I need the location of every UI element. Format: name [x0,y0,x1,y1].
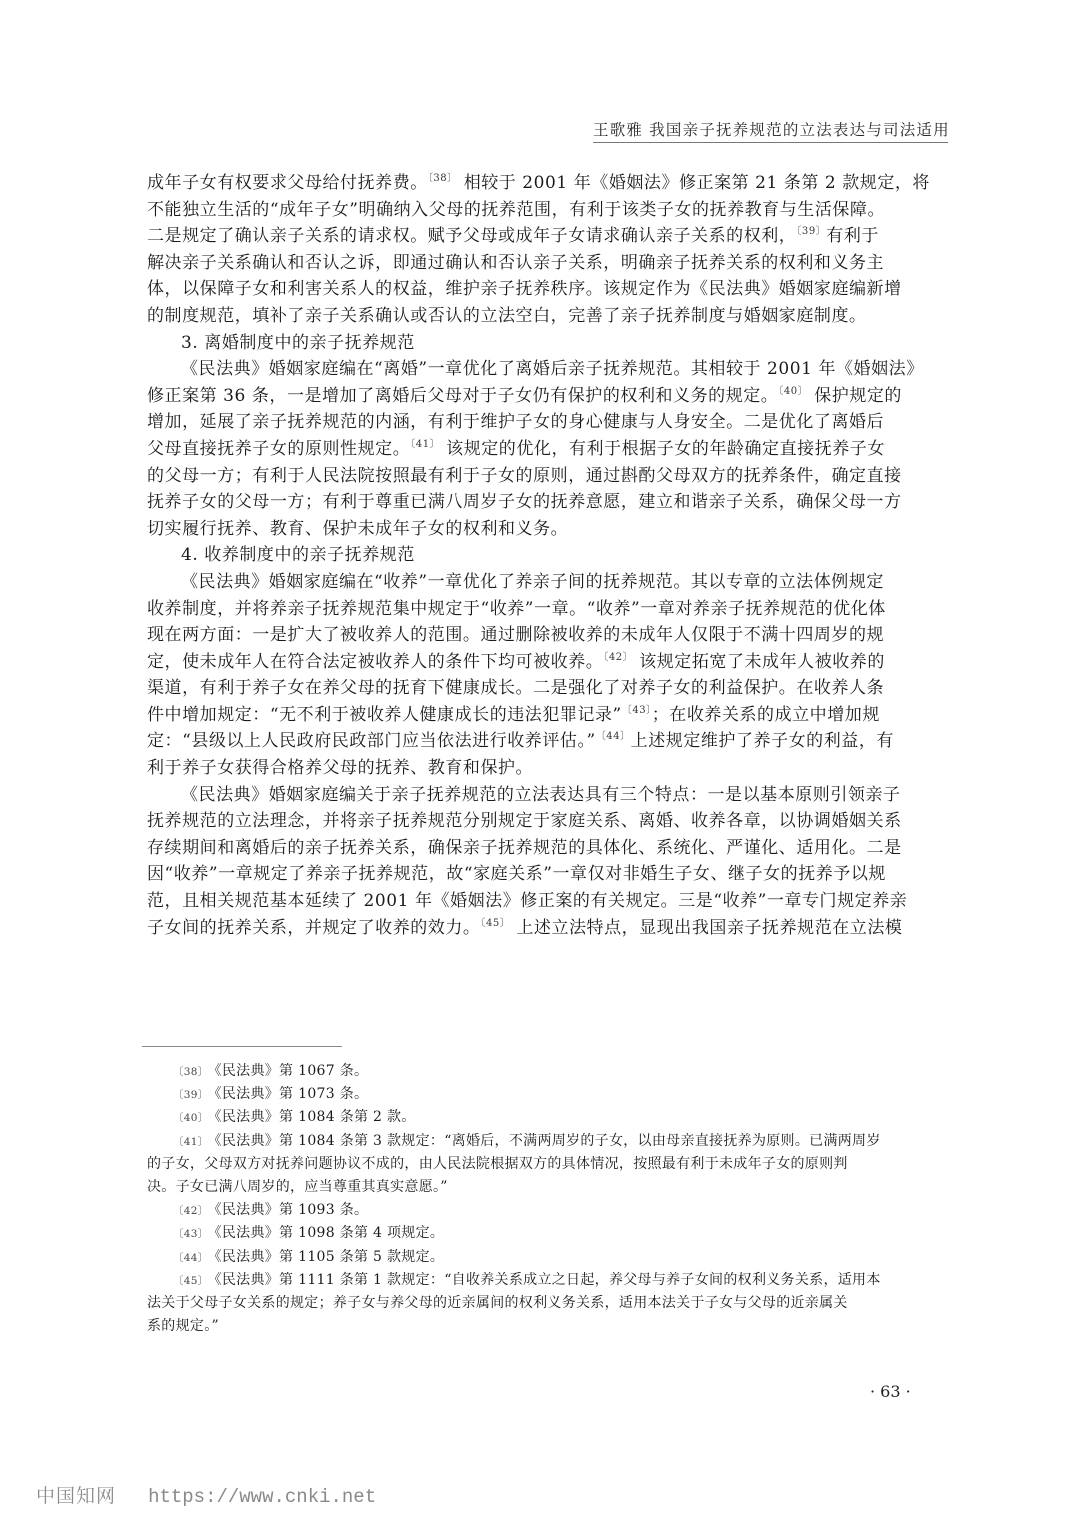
footnote-text: 决。子女已满八周岁的，应当尊重其真实意愿。” [147,1179,448,1195]
footnote-ref[interactable]: 〔43〕 [622,705,652,716]
paragraph-line: 利于养子女获得合格养父母的抚养、教育和保护。 [147,755,939,782]
text-run: 不能独立生活的“成年子女”明确纳入父母的抚养范围，有利于该类子女的抚养教育与生活… [147,200,885,220]
text-run: 抚养子女的父母一方；有利于尊重已满八周岁子女的抚养意愿，建立和谐亲子关系，确保父… [147,492,902,512]
paragraph-line: 二是规定了确认亲子关系的请求权。赋予父母或成年子女请求确认亲子关系的权利，〔39… [147,223,939,250]
text-run: 二是规定了确认亲子关系的请求权。赋予父母或成年子女请求确认亲子关系的权利， [147,226,796,246]
text-run: 因“收养”一章规定了养亲子抚养规范，故“家庭关系”一章仅对非婚生子女、继子女的抚… [147,864,886,884]
text-run: 增加，延展了亲子抚养规范的内涵，有利于维护子女的身心健康与人身安全。二是优化了离… [147,412,884,432]
body-text: 成年子女有权要求父母给付抚养费。〔38〕 相较于 2001 年《婚姻法》修正案第… [147,170,939,941]
footnote-text: 的子女，父母双方对抚养问题协议不成的，由人民法院根据双方的具体情况，按照最有利于… [147,1156,848,1172]
text-run: 定：“县级以上人民政府民政部门应当依法进行收养评估。” [147,731,596,751]
footnote-line: 〔41〕《民法典》第 1084 条第 3 款规定：“离婚后，不满两周岁的子女，以… [147,1130,947,1153]
footnote-number: 〔40〕 [173,1112,209,1124]
watermark-site-name: 中国知网 [36,1485,116,1507]
paragraph-line: 的父母一方；有利于人民法院按照最有利于子女的原则，通过斟酌父母双方的抚养条件，确… [147,463,939,490]
header-rule [593,142,948,143]
footnote-text: 《民法典》第 1073 条。 [215,1086,369,1102]
footnote-ref[interactable]: 〔42〕 [603,652,633,663]
text-run: 体，以保障子女和利害关系人的权益，维护亲子抚养秩序。该规定作为《民法典》婚姻家庭… [147,279,902,299]
footnote-line: 〔44〕《民法典》第 1105 条第 5 款规定。 [147,1246,947,1269]
paragraph-line: 抚养规范的立法理念，并将亲子抚养规范分别规定于家庭关系、离婚、收养各章，以协调婚… [147,808,939,835]
footnote-line: 法关于父母子女关系的规定；养子女与养父母的近亲属间的权利义务关系，适用本法关于子… [147,1292,947,1315]
footnote-number: 〔43〕 [173,1228,209,1240]
running-header: 王歌雅 我国亲子抚养规范的立法表达与司法适用 [593,118,948,140]
paragraph-line: 不能独立生活的“成年子女”明确纳入父母的抚养范围，有利于该类子女的抚养教育与生活… [147,197,939,224]
text-run: 3. 离婚制度中的亲子抚养规范 [181,333,415,353]
text-run: 上述规定维护了养子女的利益，有 [631,731,894,751]
paragraph-line: 《民法典》婚姻家庭编在“收养”一章优化了养亲子间的抚养规范。其以专章的立法体例规… [147,569,939,596]
footnote-ref[interactable]: 〔38〕 [428,173,458,184]
paragraph-line: 父母直接抚养子女的原则性规定。〔41〕 该规定的优化，有利于根据子女的年龄确定直… [147,436,939,463]
text-run: 修正案第 36 条，一是增加了离婚后父母对于子女仍有保护的权利和义务的规定。 [147,386,778,406]
paragraph-line: 范，且相关规范基本延续了 2001 年《婚姻法》修正案的有关规定。三是“收养”一… [147,888,939,915]
text-run: 该规定拓宽了未成年人被收养的 [633,652,885,672]
paragraph-line: 收养制度，并将养亲子抚养规范集中规定于“收养”一章。“收养”一章对养亲子抚养规范… [147,596,939,623]
footnote-text: 《民法典》第 1084 条第 3 款规定：“离婚后，不满两周岁的子女，以由母亲直… [215,1133,881,1149]
footnote-line: 〔42〕《民法典》第 1093 条。 [147,1199,947,1222]
footnote-line: 〔39〕《民法典》第 1073 条。 [147,1083,947,1106]
footnote-text: 《民法典》第 1098 条第 4 项规定。 [215,1225,445,1241]
page-number: · 63 · [870,1382,911,1401]
text-run: 收养制度，并将养亲子抚养规范集中规定于“收养”一章。“收养”一章对养亲子抚养规范… [147,599,886,619]
paragraph-line: 定：“县级以上人民政府民政部门应当依法进行收养评估。”〔44〕上述规定维护了养子… [147,728,939,755]
footnote-ref[interactable]: 〔40〕 [778,386,808,397]
text-run: 的制度规范，填补了亲子关系确认或否认的立法空白，完善了亲子抚养制度与婚姻家庭制度… [147,306,867,326]
footnote-text: 《民法典》第 1067 条。 [215,1063,369,1079]
footnote-ref[interactable]: 〔44〕 [596,731,631,742]
text-run: 件中增加规定：“无不利于被收养人健康成长的违法犯罪记录” [147,705,622,725]
paragraph-line: 件中增加规定：“无不利于被收养人健康成长的违法犯罪记录”〔43〕；在收养关系的成… [147,702,939,729]
paragraph-line: 的制度规范，填补了亲子关系确认或否认的立法空白，完善了亲子抚养制度与婚姻家庭制度… [147,303,939,330]
text-run: 相较于 2001 年《婚姻法》修正案第 21 条第 2 款规定，将 [458,173,930,193]
footnote-text: 系的规定。” [147,1318,219,1334]
paragraph-line: 成年子女有权要求父母给付抚养费。〔38〕 相较于 2001 年《婚姻法》修正案第… [147,170,939,197]
text-run: 渠道，有利于养子女在养父母的抚育下健康成长。二是强化了对养子女的利益保护。在收养… [147,678,884,698]
footnote-line: 〔38〕《民法典》第 1067 条。 [147,1060,947,1083]
paragraph-line: 定，使未成年人在符合法定被收养人的条件下均可被收养。〔42〕 该规定拓宽了未成年… [147,649,939,676]
paragraph-line: 子女间的抚养关系，并规定了收养的效力。〔45〕 上述立法特点，显现出我国亲子抚养… [147,915,939,942]
text-run: 《民法典》婚姻家庭编在“离婚”一章优化了离婚后亲子抚养规范。其相较于 2001 … [181,359,924,379]
text-run: 子女间的抚养关系，并规定了收养的效力。 [147,918,480,938]
text-run: 解决亲子关系确认和否认之诉，即通过确认和否认亲子关系，明确亲子抚养关系的权利和义… [147,253,884,273]
footnote-number: 〔44〕 [173,1252,209,1264]
footnote-number: 〔45〕 [173,1275,209,1287]
footnote-text: 《民法典》第 1105 条第 5 款规定。 [215,1249,445,1265]
paragraph-line: 因“收养”一章规定了养亲子抚养规范，故“家庭关系”一章仅对非婚生子女、继子女的抚… [147,861,939,888]
footnote-text: 法关于父母子女关系的规定；养子女与养父母的近亲属间的权利义务关系，适用本法关于子… [147,1295,848,1311]
footnote-separator [142,1046,342,1047]
text-run: 上述立法特点，显现出我国亲子抚养规范在立法模 [510,918,902,938]
section-heading: 4. 收养制度中的亲子抚养规范 [147,542,939,569]
watermark: 中国知网 https://www.cnki.net [36,1481,376,1508]
footnote-line: 决。子女已满八周岁的，应当尊重其真实意愿。” [147,1176,947,1199]
footnote-number: 〔41〕 [173,1136,209,1148]
text-run: 成年子女有权要求父母给付抚养费。 [147,173,428,193]
footnote-number: 〔38〕 [173,1066,209,1078]
footnote-text: 《民法典》第 1093 条。 [215,1202,369,1218]
footnote-ref[interactable]: 〔45〕 [480,918,510,929]
footnote-line: 〔40〕《民法典》第 1084 条第 2 款。 [147,1106,947,1129]
paragraph-line: 存续期间和离婚后的亲子抚养关系，确保亲子抚养规范的具体化、系统化、严谨化、适用化… [147,835,939,862]
text-run: 定，使未成年人在符合法定被收养人的条件下均可被收养。 [147,652,603,672]
footnote-ref[interactable]: 〔39〕 [796,226,826,237]
footnotes: 〔38〕《民法典》第 1067 条。〔39〕《民法典》第 1073 条。〔40〕… [147,1060,947,1338]
watermark-url[interactable]: https://www.cnki.net [148,1486,376,1508]
footnote-line: 〔45〕《民法典》第 1111 条第 1 款规定：“自收养关系成立之日起，养父母… [147,1269,947,1292]
paragraph-line: 切实履行抚养、教育、保护未成年子女的权利和义务。 [147,516,939,543]
text-run: 切实履行抚养、教育、保护未成年子女的权利和义务。 [147,519,568,539]
text-run: 有利于 [826,226,879,246]
paragraph-line: 修正案第 36 条，一是增加了离婚后父母对于子女仍有保护的权利和义务的规定。〔4… [147,383,939,410]
section-heading: 3. 离婚制度中的亲子抚养规范 [147,330,939,357]
text-run: 4. 收养制度中的亲子抚养规范 [181,545,415,565]
footnote-ref[interactable]: 〔41〕 [410,439,440,450]
text-run: 抚养规范的立法理念，并将亲子抚养规范分别规定于家庭关系、离婚、收养各章，以协调婚… [147,811,902,831]
footnote-number: 〔39〕 [173,1089,209,1101]
text-run: 利于养子女获得合格养父母的抚养、教育和保护。 [147,758,533,778]
text-run: 保护规定的 [808,386,902,406]
footnote-line: 〔43〕《民法典》第 1098 条第 4 项规定。 [147,1222,947,1245]
paragraph-line: 《民法典》婚姻家庭编关于亲子抚养规范的立法表达具有三个特点：一是以基本原则引领亲… [147,782,939,809]
footnote-text: 《民法典》第 1084 条第 2 款。 [215,1109,416,1125]
text-run: ；在收养关系的成立中增加规 [652,705,880,725]
footnote-line: 系的规定。” [147,1315,947,1338]
text-run: 存续期间和离婚后的亲子抚养关系，确保亲子抚养规范的具体化、系统化、严谨化、适用化… [147,838,902,858]
text-run: 范，且相关规范基本延续了 2001 年《婚姻法》修正案的有关规定。三是“收养”一… [147,891,907,911]
paragraph-line: 《民法典》婚姻家庭编在“离婚”一章优化了离婚后亲子抚养规范。其相较于 2001 … [147,356,939,383]
paragraph-line: 体，以保障子女和利害关系人的权益，维护亲子抚养秩序。该规定作为《民法典》婚姻家庭… [147,276,939,303]
text-run: 《民法典》婚姻家庭编在“收养”一章优化了养亲子间的抚养规范。其以专章的立法体例规… [181,572,884,592]
paragraph-line: 增加，延展了亲子抚养规范的内涵，有利于维护子女的身心健康与人身安全。二是优化了离… [147,409,939,436]
footnote-text: 《民法典》第 1111 条第 1 款规定：“自收养关系成立之日起，养父母与养子女… [215,1272,881,1288]
text-run: 父母直接抚养子女的原则性规定。 [147,439,410,459]
paragraph-line: 渠道，有利于养子女在养父母的抚育下健康成长。二是强化了对养子女的利益保护。在收养… [147,675,939,702]
text-run: 现在两方面：一是扩大了被收养人的范围。通过删除被收养的未成年人仅限于不满十四周岁… [147,625,884,645]
paragraph-line: 现在两方面：一是扩大了被收养人的范围。通过删除被收养的未成年人仅限于不满十四周岁… [147,622,939,649]
text-run: 的父母一方；有利于人民法院按照最有利于子女的原则，通过斟酌父母双方的抚养条件，确… [147,466,902,486]
text-run: 该规定的优化，有利于根据子女的年龄确定直接抚养子女 [440,439,885,459]
paragraph-line: 抚养子女的父母一方；有利于尊重已满八周岁子女的抚养意愿，建立和谐亲子关系，确保父… [147,489,939,516]
footnote-number: 〔42〕 [173,1205,209,1217]
paragraph-line: 解决亲子关系确认和否认之诉，即通过确认和否认亲子关系，明确亲子抚养关系的权利和义… [147,250,939,277]
footnote-line: 的子女，父母双方对抚养问题协议不成的，由人民法院根据双方的具体情况，按照最有利于… [147,1153,947,1176]
text-run: 《民法典》婚姻家庭编关于亲子抚养规范的立法表达具有三个特点：一是以基本原则引领亲… [181,785,901,805]
